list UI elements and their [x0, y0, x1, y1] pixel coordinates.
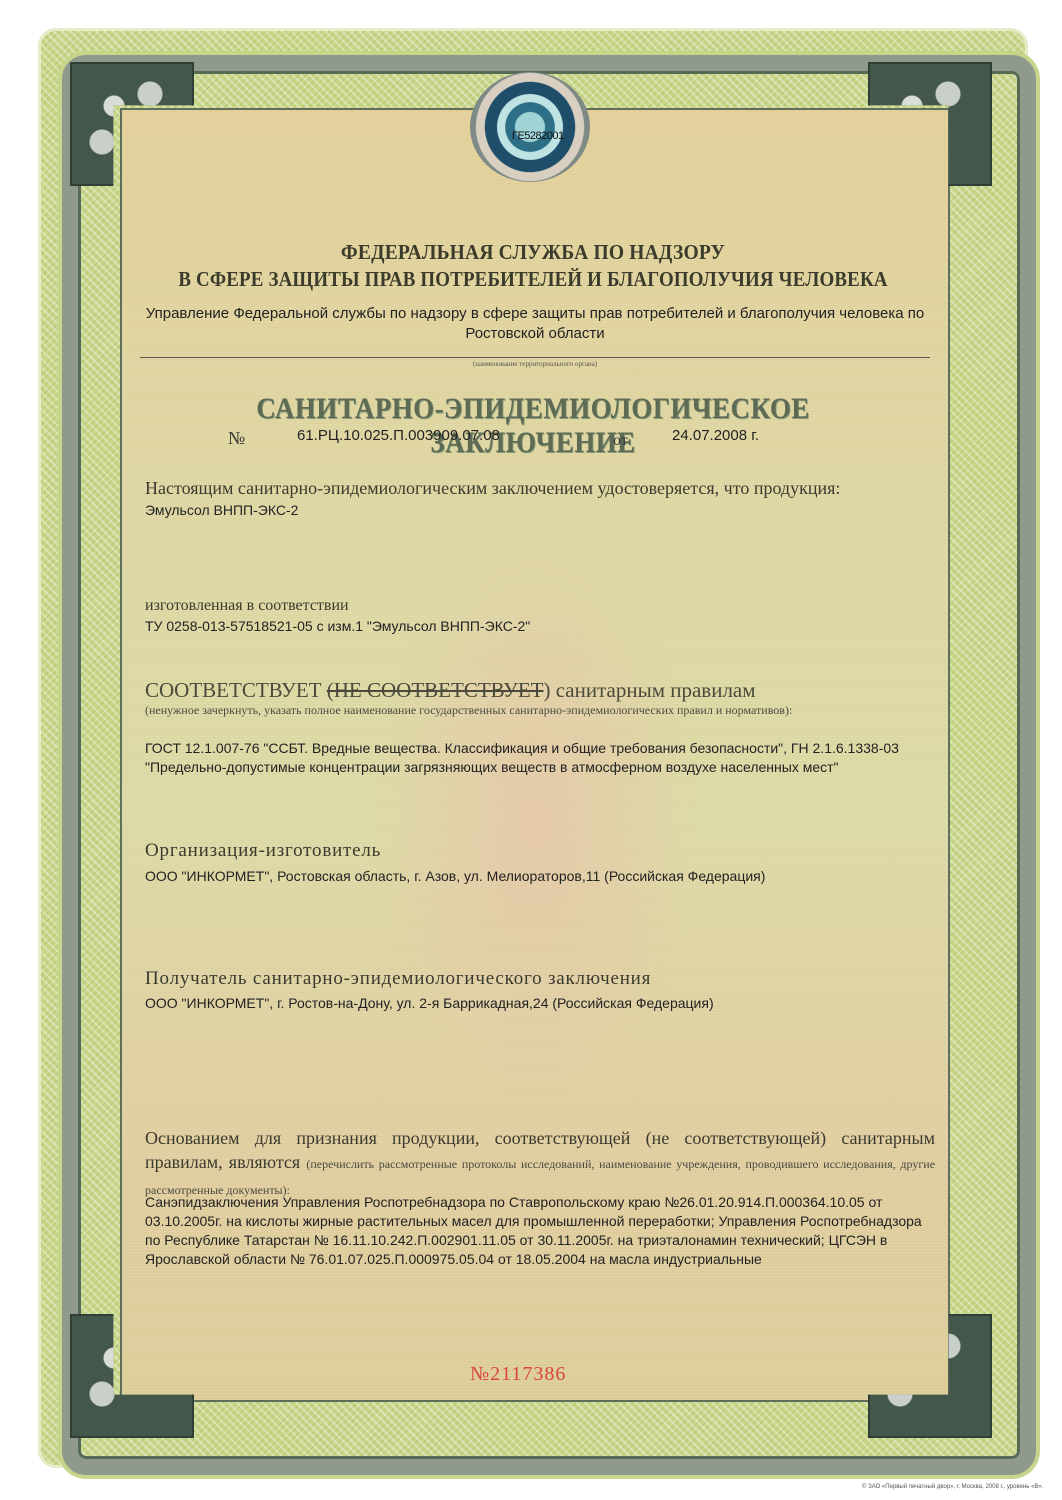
territorial-department: Управление Федеральной службы по надзору…: [140, 304, 930, 344]
struck-alternative: (НЕ СООТВЕТСТВУЕТ: [327, 678, 544, 702]
recipient-value: ООО "ИНКОРМЕТ", г. Ростов-на-Дону, ул. 2…: [145, 995, 714, 1011]
emblem-code: ГЕ5282001: [512, 130, 564, 142]
department-caption: (наименование территориального органа): [140, 360, 930, 368]
made-according-label: изготовленная в соответствии: [145, 597, 349, 615]
agency-title-line2: В СФЕРЕ ЗАЩИТЫ ПРАВ ПОТРЕБИТЕЛЕЙ И БЛАГО…: [161, 267, 904, 292]
sanitary-norms: ГОСТ 12.1.007-76 "ССБТ. Вредные вещества…: [145, 739, 925, 777]
date-prefix: от: [613, 432, 628, 450]
basis-statement: Основанием для признания продукции, соот…: [145, 1126, 935, 1202]
document-number: 61.РЦ.10.025.П.003909.07.08: [297, 427, 500, 444]
document-title: САНИТАРНО-ЭПИДЕМИОЛОГИЧЕСКОЕ ЗАКЛЮЧЕНИЕ: [161, 392, 904, 460]
hologram-emblem-icon: [470, 72, 590, 182]
manufacturer-label: Организация-изготовитель: [145, 840, 381, 862]
compliance-hint: (ненужное зачеркнуть, указать полное наи…: [145, 703, 905, 717]
number-sign: №: [228, 428, 245, 449]
basis-documents: Санэпидзаключения Управления Роспотребна…: [145, 1193, 925, 1269]
agency-title-line1: ФЕДЕРАЛЬНАЯ СЛУЖБА ПО НАДЗОРУ: [149, 240, 917, 265]
form-serial-number: №2117386: [470, 1363, 566, 1386]
manufacturer-value: ООО "ИНКОРМЕТ", Ростовская область, г. А…: [145, 868, 765, 884]
product-name: Эмульсол ВНПП-ЭКС-2: [145, 502, 298, 518]
compliance-statement: СООТВЕТСТВУЕТ (НЕ СООТВЕТСТВУЕТ) санитар…: [145, 678, 756, 703]
printer-imprint: © ЗАО «Первый печатный двор», г. Москва,…: [862, 1484, 1043, 1490]
document-date: 24.07.2008 г.: [672, 427, 759, 444]
compliance-suffix: ) санитарным правилам: [543, 678, 755, 702]
divider: [140, 357, 930, 358]
certification-intro: Настоящим санитарно-эпидемиологическим з…: [145, 478, 840, 499]
compliance-status: СООТВЕТСТВУЕТ: [145, 678, 322, 702]
recipient-label: Получатель санитарно-эпидемиологического…: [145, 968, 651, 990]
product-specification: ТУ 0258-013-57518521-05 с изм.1 "Эмульсо…: [145, 618, 530, 634]
